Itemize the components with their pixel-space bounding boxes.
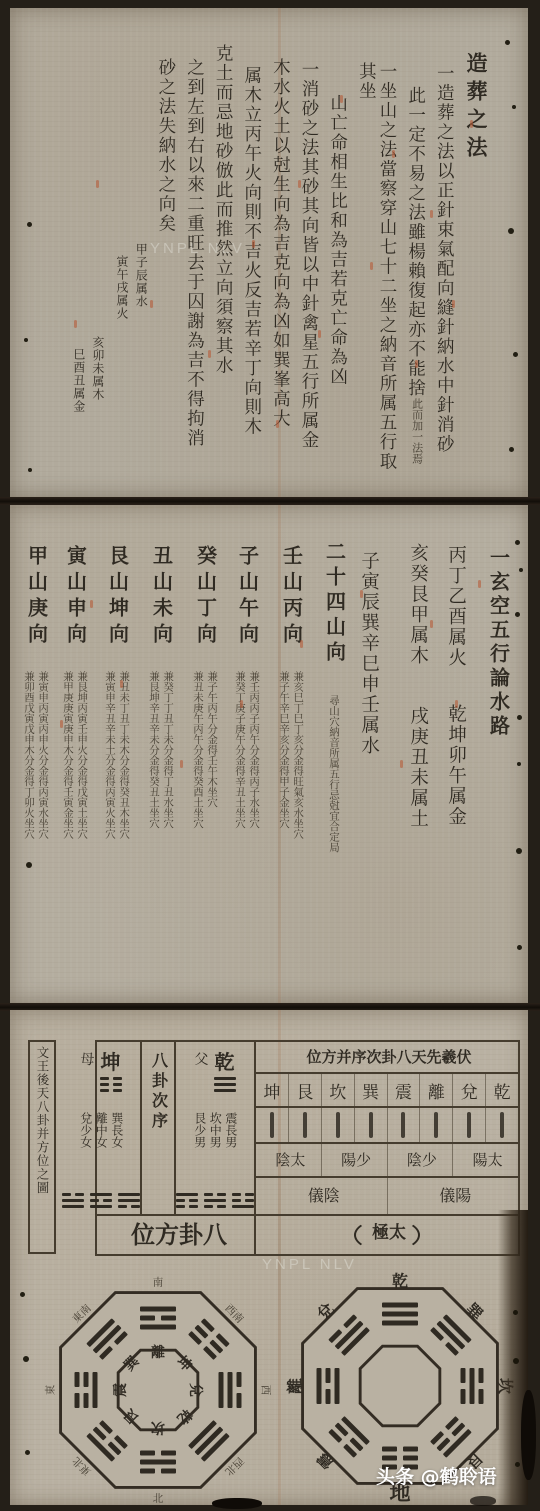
ink-blob — [470, 1496, 496, 1506]
taiji-label: 太極 — [370, 1223, 404, 1242]
fenjin-note: 兼亥巳丁巳丁亥分金得旺氣亥水坐穴 — [291, 671, 303, 971]
fuxi-table: 伏羲先天八卦次序并方位 乾 兌 離 震 巽 坎 艮 坤 — [254, 1040, 520, 1216]
zhen-trigram-icon — [75, 1372, 98, 1408]
trigram-name-cell: 離 — [419, 1074, 452, 1106]
taiji-cell: 太極 — [254, 1216, 520, 1256]
cixu-title: 八卦次序 — [147, 1052, 170, 1132]
fenjin-note: 兼寅申辛丑辛未土分金得丙寅火坐穴 — [103, 671, 115, 971]
branch-cell — [419, 1108, 452, 1142]
credit-watermark: 头条 @鹤聆语 — [376, 1462, 497, 1489]
nayin-note: 寅午戌属火 — [115, 255, 129, 485]
fenjin-note: 兼卯酉戊寅戊申木分金得丁卯火坐穴 — [22, 671, 34, 971]
page2-title: 一玄空五行論水路 — [486, 547, 509, 739]
mountain-head: 子山午向 — [235, 545, 258, 667]
mountain-column: 丑山未向 兼癸丁丁丑丁未分金得丁丑水坐穴 兼艮坤辛丑辛未分金得癸丑土坐穴 — [138, 545, 182, 971]
trigram-name-cell: 巽 — [354, 1074, 387, 1106]
text-column: 属木立丙午火向則不吉火反吉若辛丁向則木 — [242, 66, 263, 485]
branch-cell — [452, 1108, 485, 1142]
mother-name-block: 坤 — [100, 1046, 122, 1092]
nayin-note: 亥卯未属木 — [91, 336, 105, 485]
mountain-column: 子山午向 兼壬丙丙子丙午分金得丙子水坐穴 兼癸丁庚子庚午分金得辛丑土坐穴 — [224, 545, 268, 971]
fenjin-note: 兼子午丙午分金得壬午木坐穴 — [205, 671, 217, 971]
son-label: 震長男 — [224, 1112, 237, 1174]
manuscript-scan: 造葬之法 一造葬之法以正針束氣配向縫針納水中針消砂 此一定不易之法雖楊賴復起亦不… — [0, 0, 540, 1511]
trigram-name: 震 — [110, 1383, 130, 1397]
fenjin-note: 兼艮坤辛丑辛未分金得癸丑土坐穴 — [147, 671, 159, 971]
kun-trigram-icon — [100, 1077, 122, 1092]
mountain-head: 艮山坤向 — [105, 545, 128, 667]
mountain-column: 艮山坤向 兼丑未丁丑丁未木分金得癸丑木坐穴 兼寅申辛丑辛未土分金得丙寅火坐穴 — [94, 545, 138, 971]
direction-label: 北 — [153, 1491, 164, 1506]
ink-blob — [521, 1390, 536, 1480]
fenjin-note: 兼壬丙丙子丙午分金得丙子水坐穴 — [247, 671, 259, 971]
wuxing-entry: 亥癸艮甲属木 — [406, 543, 427, 666]
father-name: 乾 — [215, 1046, 235, 1075]
branch-cell — [354, 1108, 387, 1142]
mountain-head: 丑山未向 — [149, 545, 172, 667]
kan-trigram-icon — [461, 1368, 484, 1404]
son-label: 艮少男 — [193, 1112, 206, 1174]
father-column: 乾 父 震長男 坎中男 艮少男 — [176, 1042, 254, 1214]
branch-cell — [288, 1108, 321, 1142]
branch-cell — [485, 1108, 518, 1142]
li-trigram-icon — [140, 1307, 176, 1330]
mountain-head: 寅山申向 — [63, 545, 86, 667]
text-column: 一造葬之法以正針束氣配向縫針納水中針消砂 — [435, 64, 456, 485]
sixiang-cell: 太陽 — [452, 1144, 518, 1176]
trigram-name-cell: 坤 — [256, 1074, 288, 1106]
trigram-name-cell: 震 — [387, 1074, 420, 1106]
page-zaozang: 造葬之法 一造葬之法以正針束氣配向縫針納水中針消砂 此一定不易之法雖楊賴復起亦不… — [10, 8, 528, 497]
interlinear-note: 此而加一法焉 — [411, 398, 423, 464]
wuxing-entry: 戌庚丑未属土 — [406, 706, 427, 829]
section-note: 尋山穴納音所属五行忌尅宜合定局 — [327, 695, 339, 955]
trigram-name-cell: 乾 — [485, 1074, 518, 1106]
page-fold — [0, 497, 540, 505]
wuxing-entry: 子寅辰巽辛巳申壬属水 — [357, 551, 378, 756]
trigram-name-row: 乾 兌 離 震 巽 坎 艮 坤 — [256, 1074, 518, 1108]
branch-cell — [256, 1108, 288, 1142]
branch-cell — [321, 1108, 354, 1142]
son-label: 坎中男 — [209, 1112, 222, 1174]
branch-cell — [387, 1108, 420, 1142]
wuxing-entry: 丙丁乙酉属火 — [444, 545, 465, 668]
dui-trigram-icon — [62, 1193, 84, 1208]
trigram-name: 坎 — [151, 1418, 165, 1438]
section-head: 二十四山向 — [322, 541, 345, 691]
fangwei-label: 八卦方位 — [128, 1222, 224, 1249]
fuxi-title-row: 伏羲先天八卦次序并方位 — [256, 1042, 518, 1074]
page2-title-col: 一玄空五行論水路 — [482, 547, 512, 739]
mother-role: 母 — [81, 1049, 95, 1069]
text-column: 之到左到右以來二重旺去于囚謝為吉不得拘消 — [185, 58, 206, 485]
kan-trigram-icon — [204, 1193, 226, 1208]
fenjin-note: 兼寅申丙寅丙申火分金得丙寅水坐穴 — [36, 671, 48, 971]
sixiang-cell: 少陽 — [321, 1144, 387, 1176]
fuxi-title: 伏羲先天八卦次序并方位 — [305, 1049, 470, 1066]
taiji-oval: 太極 — [354, 1218, 420, 1252]
wuxing-column: 子寅辰巽辛巳申壬属水 — [354, 551, 382, 756]
liangyi-cell: 陰儀 — [256, 1178, 387, 1214]
mother-name: 坤 — [101, 1046, 121, 1075]
fenjin-note: 兼癸丁庚子庚午分金得辛丑土坐穴 — [233, 671, 245, 971]
fenjin-note: 兼丑未丁丑丁未木分金得癸丑木坐穴 — [117, 671, 129, 971]
kan-trigram-icon — [140, 1451, 176, 1474]
father-role: 父 — [195, 1049, 209, 1069]
houtian-caption: 文王後天八卦并方位之圖 — [33, 1042, 51, 1252]
gen-trigram-icon — [176, 1193, 198, 1208]
direction-label: 東 — [43, 1385, 58, 1396]
trigram-name: 離 — [151, 1342, 165, 1362]
text-column: 砂之法失納水之向矣 — [156, 58, 177, 485]
trigram-name-cell: 艮 — [288, 1074, 321, 1106]
text-column: 一消砂之法其砂其向皆以中針禽星五行所属金 — [299, 60, 320, 485]
li-trigram-icon — [317, 1368, 340, 1404]
trigram-name: 兌 — [186, 1383, 206, 1397]
nayin-note: 甲子辰属水 — [134, 243, 148, 485]
trigram-label: 離 — [283, 1378, 306, 1394]
sixiang-row: 太陽 少陰 少陽 太陰 — [256, 1144, 518, 1178]
mountain-head: 癸山丁向 — [193, 545, 216, 667]
mother-column: 坤 母 巽長女 離中女 兌少女 — [62, 1042, 140, 1214]
page1-title: 造葬之法 — [463, 52, 488, 485]
daughter-label: 兌少女 — [79, 1112, 92, 1174]
text-column: 此一定不易之法雖楊賴復起亦不能捨此而加一法焉 — [406, 86, 427, 485]
mountain-column: 寅山申向 兼艮坤丙寅壬申火分金得戊寅土坐穴 兼甲庚庚寅庚申木分金得壬寅金坐穴 — [52, 545, 96, 971]
fenjin-note: 兼癸丁丁丑丁未分金得丁丑水坐穴 — [161, 671, 173, 971]
xun-trigram-icon — [118, 1193, 140, 1208]
trigram-name-cell: 兌 — [452, 1074, 485, 1106]
direction-label: 南 — [153, 1275, 164, 1290]
daughter-label: 巽長女 — [110, 1112, 123, 1174]
qian-trigram-icon — [382, 1303, 418, 1326]
mountain-head: 甲山庚向 — [24, 545, 47, 667]
nayin-note-pair: 甲子辰属水 寅午戌属火 — [115, 243, 148, 485]
section-column: 二十四山向 尋山穴納音所属五行忌尅宜合定局 — [314, 541, 352, 955]
trigram-label: 乾 — [392, 1269, 408, 1292]
cixu-table: 乾 父 震長男 坎中男 艮少男 八卦次序 — [95, 1040, 254, 1216]
ink-blob — [212, 1498, 262, 1509]
mountain-column: 甲山庚向 兼寅申丙寅丙申火分金得丙寅水坐穴 兼卯酉戊寅戊申木分金得丁卯火坐穴 — [14, 545, 56, 971]
nayin-note: 巳酉丑属金 — [72, 348, 86, 485]
text-column: 一坐山之法當察穿山七十二坐之納音所属五行取其坐 — [357, 62, 398, 485]
sixiang-cell: 太陰 — [256, 1144, 321, 1176]
branch-row — [256, 1108, 518, 1144]
li-trigram-icon — [90, 1193, 112, 1208]
cixu-title-column: 八卦次序 — [140, 1042, 176, 1214]
fenjin-note: 兼子午辛巳辛亥分金得甲子金坐穴 — [277, 671, 289, 971]
father-name-block: 乾 — [214, 1046, 236, 1092]
sixiang-cell: 少陰 — [387, 1144, 453, 1176]
site-watermark: YNPL NLV — [262, 1256, 357, 1273]
zhen-trigram-icon — [232, 1193, 254, 1208]
fenjin-note: 兼艮坤丙寅壬申火分金得戊寅土坐穴 — [75, 671, 87, 971]
qian-trigram-icon — [214, 1077, 236, 1092]
trigram-name-cell: 坎 — [321, 1074, 354, 1106]
houtian-caption-box: 文王後天八卦并方位之圖 — [28, 1040, 56, 1254]
mountain-head: 壬山丙向 — [279, 545, 302, 667]
text-column: 克土而忌地砂倣此而推然立向須察其水 — [213, 44, 234, 485]
text-column: 山亡命相生比和為吉若克亡命為凶 — [328, 94, 349, 485]
wuxing-column: 亥癸艮甲属木 戌庚丑未属土 — [402, 543, 432, 829]
mountain-column: 癸山丁向 兼子午丙午分金得壬午木坐穴 兼丑未庚午丙午分金得癸酉土坐穴 — [182, 545, 226, 971]
page-xuankong: 一玄空五行論水路 丙丁乙酉属火 乾坤卯午属金 亥癸艮甲属木 戌庚丑未属土 子寅辰… — [10, 505, 528, 1003]
wuxing-entry: 乾坤卯午属金 — [444, 704, 465, 827]
houtian-bagua-diagram: 離 坤 兌 乾 坎 艮 震 巽 南 西南 西 西北 北 東北 東 東南 — [41, 1273, 275, 1507]
fenjin-note: 兼甲庚庚寅庚申木分金得壬寅金坐穴 — [61, 671, 73, 971]
direction-label: 西 — [259, 1385, 274, 1396]
site-watermark: YNPL NLV — [150, 240, 245, 257]
page1-text: 造葬之法 一造葬之法以正針束氣配向縫針納水中針消砂 此一定不易之法雖楊賴復起亦不… — [24, 38, 488, 485]
dui-trigram-icon — [219, 1372, 242, 1408]
daughter-label: 離中女 — [95, 1112, 108, 1174]
column-text: 此一定不易之法雖楊賴復起亦不能捨 — [407, 86, 427, 398]
nayin-note-pair: 亥卯未属木 巳酉丑属金 — [72, 336, 105, 485]
fangwei-cell: 八卦方位 — [95, 1216, 254, 1256]
wuxing-column: 丙丁乙酉属火 乾坤卯午属金 — [440, 545, 470, 827]
fenjin-note: 兼丑未庚午丙午分金得癸酉土坐穴 — [191, 671, 203, 971]
text-column: 木水火土以尅生向為吉克向為凶如巽峯高大 — [271, 58, 292, 485]
liangyi-cell: 陽儀 — [387, 1178, 519, 1214]
liangyi-row: 陽儀 陰儀 — [256, 1178, 518, 1214]
mountain-column: 壬山丙向 兼亥巳丁巳丁亥分金得旺氣亥水坐穴 兼子午辛巳辛亥分金得甲子金坐穴 — [268, 545, 312, 971]
